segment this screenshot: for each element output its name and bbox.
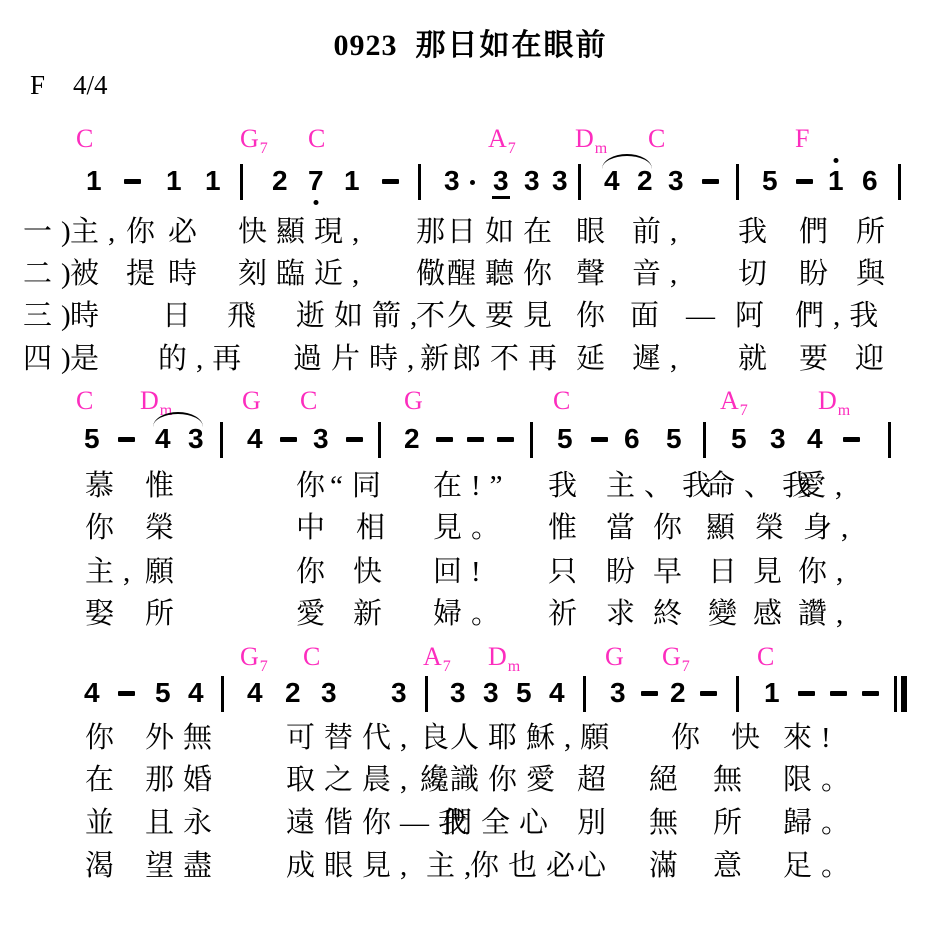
lyric-segment: 們 <box>799 216 837 249</box>
note-dash <box>467 437 484 442</box>
chord-label: G7 <box>662 644 690 672</box>
note-digit: 4 <box>549 678 565 708</box>
lyric-segment: 心 <box>577 850 615 883</box>
hymn-title: 0923那日如在眼前 <box>0 20 941 64</box>
barline <box>703 422 706 458</box>
chord-subscript: 7 <box>682 658 690 675</box>
note-dash <box>124 179 141 184</box>
lyric-segment: 刻臨近, <box>238 258 368 291</box>
chord-subscript: 7 <box>740 402 748 419</box>
lyric-segment: 身, <box>803 512 857 545</box>
lyric-segment: 郎不再 <box>452 343 566 376</box>
lyric-segment: 快 <box>731 722 769 755</box>
note-digit: 2 <box>272 166 288 196</box>
lyric-segment: 時 <box>168 258 206 291</box>
chord-label: C <box>648 126 665 152</box>
chord-label: G7 <box>240 644 268 672</box>
lyric-segment: 並 <box>85 807 123 840</box>
lyric-segment: 所 <box>713 807 751 840</box>
lyric-segment: 你 <box>671 722 709 755</box>
lyric-segment: 你 <box>296 470 334 503</box>
note-digit: 5 <box>84 424 100 454</box>
note-digit: 3 <box>770 424 786 454</box>
lyric-segment: 你, <box>798 556 852 589</box>
lyric-segment: 你 <box>653 512 691 545</box>
note-digit: 1 <box>764 678 780 708</box>
lyric-segment: 絕 <box>649 764 687 797</box>
note-dash <box>280 437 297 442</box>
note-digit: 5 <box>516 678 532 708</box>
note-digit: 1 <box>828 166 844 196</box>
hymn-sheet: 0923那日如在眼前 F4/4 CG7CA7DmCF11127133334235… <box>0 0 941 931</box>
lyric-segment: 與 <box>856 258 894 291</box>
lyric-segment: 娶 <box>85 598 123 631</box>
lyric-segment: 提 <box>126 258 164 291</box>
lyric-segment: 所 <box>856 216 894 249</box>
note-dash <box>118 691 135 696</box>
note-digit: 3 <box>524 166 540 196</box>
lyric-segment: 你 <box>85 512 123 545</box>
lyric-segment: 快 <box>353 556 391 589</box>
lyric-segment: 榮 <box>145 512 183 545</box>
note-digit: 4 <box>247 678 263 708</box>
lyric-segment: 就 <box>738 343 776 376</box>
lyric-segment: 飛 <box>227 300 265 333</box>
lyric-segment: 當 <box>606 512 644 545</box>
lyric-segment: 滿 <box>649 850 687 883</box>
lyric-segment: 逝如箭, <box>296 300 426 333</box>
lyric-segment: 主, <box>85 556 139 589</box>
lyric-segment: 別 <box>577 807 615 840</box>
chord-label: C <box>757 644 774 670</box>
lyric-segment: 慕 <box>85 470 123 503</box>
note-dash <box>118 437 135 442</box>
chord-subscript: m <box>838 402 850 419</box>
chord-label: G <box>242 388 261 414</box>
final-barline-thin <box>894 676 897 712</box>
lyric-segment: 來! <box>783 722 840 755</box>
chord-subscript: 7 <box>260 658 268 675</box>
note-digit: 3 <box>492 166 510 199</box>
lyric-segment: 望盡 <box>145 850 221 883</box>
barline <box>888 422 891 458</box>
chord-subscript: 7 <box>508 140 516 157</box>
chord-label: Dm <box>818 388 850 416</box>
chord-label: Dm <box>140 388 172 416</box>
lyric-segment: 惟 <box>548 512 586 545</box>
lyric-segment: 必 <box>168 216 206 249</box>
barline <box>240 164 243 200</box>
chord-label: A7 <box>488 126 516 154</box>
lyric-segment: “同 <box>330 470 390 503</box>
note-digit: 3 <box>552 166 568 196</box>
note-digit: 3 <box>610 678 626 708</box>
note-dash <box>382 179 399 184</box>
final-barline-thick <box>901 676 907 712</box>
note-dash <box>862 691 879 696</box>
lyric-segment: 盼 <box>799 258 837 291</box>
note-dash <box>346 437 363 442</box>
chord-label: C <box>303 644 320 670</box>
lyric-segment: 見。 <box>433 512 509 545</box>
note-dash <box>796 179 813 184</box>
lyric-segment: 主, <box>70 216 124 249</box>
note-digit: 5 <box>731 424 747 454</box>
note-digit: 3 <box>321 678 337 708</box>
lyric-segment: 見 <box>753 556 791 589</box>
chord-label: Dm <box>575 126 607 154</box>
note-dash <box>436 437 453 442</box>
lyric-segment: 願 <box>145 556 183 589</box>
chord-label: C <box>300 388 317 414</box>
chord-label: Dm <box>488 644 520 672</box>
lyric-segment: 榮 <box>755 512 793 545</box>
note-dash <box>641 691 658 696</box>
lyric-segment: 延 <box>576 343 614 376</box>
lyric-segment: 渴 <box>85 850 123 883</box>
note-dash <box>830 691 847 696</box>
chord-subscript: m <box>508 658 520 675</box>
chord-label: G <box>404 388 423 414</box>
lyric-segment: 眼 <box>576 216 614 249</box>
chord-label: C <box>76 388 93 414</box>
note-digit: 2 <box>285 678 301 708</box>
note-dash <box>591 437 608 442</box>
lyric-segment: 終 <box>653 598 691 631</box>
lyric-segment: 婦。 <box>433 598 509 631</box>
lyric-segment: 阿 <box>735 300 773 333</box>
lyric-segment: 成眼見, <box>286 850 416 883</box>
octave-dot-low <box>313 200 318 205</box>
barline <box>221 676 224 712</box>
lyric-segment: 感 <box>753 598 791 631</box>
chord-subscript: 7 <box>443 658 451 675</box>
note-digit: 3 <box>668 166 684 196</box>
lyric-segment: 醒聽你 <box>447 258 561 291</box>
lyric-segment: 你 <box>576 300 614 333</box>
note-dash <box>702 179 719 184</box>
note-digit: 1 <box>166 166 182 196</box>
barline <box>736 676 739 712</box>
lyric-segment: 在!” <box>433 470 512 503</box>
lyric-segment: 音, <box>632 258 686 291</box>
note-digit: 2 <box>637 166 653 196</box>
lyric-segment: 回! <box>433 556 490 589</box>
lyric-segment: 外無 <box>145 722 221 755</box>
lyric-segment: 你也必 <box>470 850 584 883</box>
note-digit: 3 <box>188 424 204 454</box>
barline <box>578 164 581 200</box>
lyric-segment: 快顯現, <box>238 216 368 249</box>
augmentation-dot <box>470 180 475 185</box>
lyric-segment: 足。 <box>783 850 859 883</box>
barline <box>425 676 428 712</box>
barline <box>530 422 533 458</box>
lyric-segment: 只 <box>548 556 586 589</box>
lyric-segment: 識你愛 <box>450 764 564 797</box>
lyric-segment: 取之晨, <box>286 764 416 797</box>
barline <box>220 422 223 458</box>
note-digit: 3 <box>450 678 466 708</box>
lyric-segment: 那婚 <box>145 764 221 797</box>
note-digit: 1 <box>205 166 221 196</box>
note-digit: 1 <box>344 166 360 196</box>
lyric-segment: 遲, <box>632 343 686 376</box>
barline <box>583 676 586 712</box>
barline <box>736 164 739 200</box>
note-digit: 3 <box>313 424 329 454</box>
lyric-segment: 你 <box>296 556 334 589</box>
note-digit: 6 <box>624 424 640 454</box>
note-digit: 3 <box>483 678 499 708</box>
note-digit: 7 <box>308 166 324 196</box>
lyric-segment: 愛, <box>797 470 851 503</box>
barline <box>898 164 901 200</box>
lyric-segment: 被 <box>70 258 108 291</box>
lyric-segment: 時 <box>70 300 108 333</box>
note-digit: 4 <box>188 678 204 708</box>
note-dash <box>798 691 815 696</box>
note-digit: 4 <box>807 424 823 454</box>
lyric-segment: — <box>686 300 724 333</box>
chord-label: G7 <box>240 126 268 154</box>
octave-dot-high <box>833 158 838 163</box>
note-digit: 4 <box>247 424 263 454</box>
lyric-segment: 在 <box>85 764 123 797</box>
lyric-segment: 前, <box>632 216 686 249</box>
chord-subscript: 7 <box>260 140 268 157</box>
note-digit: 5 <box>666 424 682 454</box>
lyric-segment: 迎 <box>855 343 893 376</box>
lyric-segment: 面 <box>630 300 668 333</box>
note-digit: 4 <box>604 166 620 196</box>
lyric-segment: 早 <box>653 556 691 589</box>
barline <box>418 164 421 200</box>
note-dash <box>497 437 514 442</box>
lyric-segment: 中 <box>296 512 334 545</box>
note-digit: 5 <box>155 678 171 708</box>
hymn-title-text: 那日如在眼前 <box>416 29 608 62</box>
lyric-segment: 超 <box>577 764 615 797</box>
time-signature: 4/4 <box>73 70 108 100</box>
slur-tie <box>602 154 652 169</box>
chord-subscript: m <box>595 140 607 157</box>
chord-label: F <box>795 126 809 152</box>
note-digit: 4 <box>84 678 100 708</box>
lyric-segment: 日 <box>162 300 200 333</box>
lyric-segment: 過片時, <box>293 343 423 376</box>
lyric-segment: 惟 <box>145 470 183 503</box>
lyric-segment: 歸。 <box>783 807 859 840</box>
lyric-segment: 日如在 <box>447 216 561 249</box>
lyric-segment: 變 <box>708 598 746 631</box>
lyric-segment: 所 <box>145 598 183 631</box>
lyric-segment: 你 <box>85 722 123 755</box>
chord-label: A7 <box>423 644 451 672</box>
lyric-segment: 無 <box>649 807 687 840</box>
lyric-segment: 意 <box>713 850 751 883</box>
lyric-segment: 無 <box>713 764 751 797</box>
lyric-segment: 是 <box>70 343 108 376</box>
hymn-number: 0923 <box>334 29 398 62</box>
note-digit: 6 <box>862 166 878 196</box>
lyric-segment: 人耶穌,願 <box>450 722 618 755</box>
lyric-segment: 且永 <box>145 807 221 840</box>
lyric-segment: 久要見 <box>447 300 561 333</box>
note-digit: 1 <box>86 166 102 196</box>
lyric-segment: 日 <box>708 556 746 589</box>
lyric-segment: 你 <box>126 216 164 249</box>
chord-label: C <box>308 126 325 152</box>
chord-label: A7 <box>720 388 748 416</box>
lyric-segment: 求 <box>606 598 644 631</box>
lyric-segment: 們全心 <box>443 807 557 840</box>
lyric-segment: 可替代, <box>286 722 416 755</box>
lyric-segment: 的,再 <box>158 343 250 376</box>
lyric-segment: 新 <box>353 598 391 631</box>
lyric-segment: 聲 <box>576 258 614 291</box>
chord-label: G <box>605 644 624 670</box>
note-dash <box>843 437 860 442</box>
lyric-segment: 限。 <box>783 764 859 797</box>
lyric-segment: 盼 <box>606 556 644 589</box>
note-digit: 2 <box>670 678 686 708</box>
note-digit: 3 <box>444 166 460 196</box>
lyric-segment: 主、我 <box>606 470 720 503</box>
lyric-segment: 切 <box>738 258 776 291</box>
lyric-segment: 愛 <box>296 598 334 631</box>
lyric-segment: 我 <box>738 216 776 249</box>
lyric-segment: 祈 <box>548 598 586 631</box>
note-dash <box>700 691 717 696</box>
lyric-segment: 們,我 <box>795 300 887 333</box>
key-letter: F <box>30 70 45 100</box>
key-signature: F4/4 <box>30 70 108 101</box>
lyric-segment: 顯 <box>706 512 744 545</box>
chord-label: C <box>76 126 93 152</box>
note-digit: 5 <box>557 424 573 454</box>
note-digit: 5 <box>762 166 778 196</box>
lyric-segment: 讚, <box>798 598 852 631</box>
lyric-segment: 要 <box>799 343 837 376</box>
chord-label: C <box>553 388 570 414</box>
note-digit: 4 <box>155 424 171 454</box>
lyric-segment: 相 <box>356 512 394 545</box>
note-digit: 2 <box>404 424 420 454</box>
note-digit: 3 <box>391 678 407 708</box>
barline <box>378 422 381 458</box>
lyric-segment: 我 <box>548 470 586 503</box>
